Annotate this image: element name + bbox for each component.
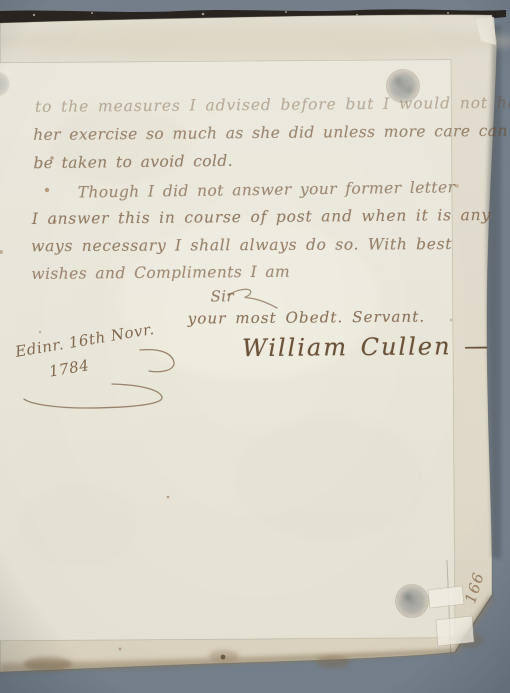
scan-artwork <box>0 0 510 693</box>
manuscript-scan: to the measures I advised before but I w… <box>0 0 510 693</box>
vignette <box>0 0 510 693</box>
